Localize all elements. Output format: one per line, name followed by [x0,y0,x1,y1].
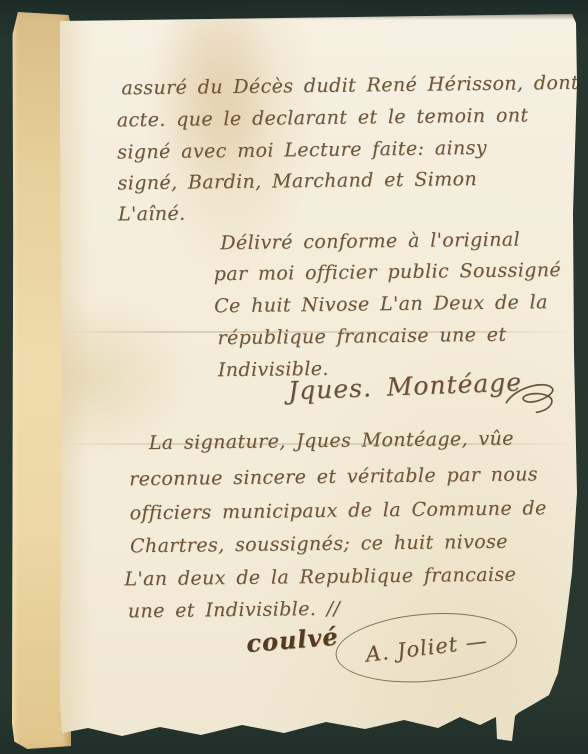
signature-left: coulvé [245,622,339,658]
manuscript-line: république francaise une et [217,324,506,350]
manuscript-line: signé avec moi Lecture faite: ainsy [117,137,487,164]
manuscript-line: signé, Bardin, Marchand et Simon [117,168,477,194]
manuscript-line: officiers municipaux de la Commune de [130,497,547,524]
manuscript-line: L'aîné. [118,203,186,226]
manuscript-line: L'an deux de la Republique francaise [124,564,516,591]
manuscript-line: reconnue sincere et véritable par nous [129,463,538,490]
manuscript-line: Délivré conforme à l'original [220,229,520,255]
signature-flourish-icon [502,372,561,419]
manuscript-text: assuré du Décès dudit René Hérisson, don… [56,10,582,745]
manuscript-page: assuré du Décès dudit René Hérisson, don… [60,13,577,742]
manuscript-line: La signature, Jques Montéage, vûe [149,428,514,454]
signature-oval: A. Joliet — [333,606,520,689]
manuscript-line: assuré du Décès dudit René Hérisson, don… [121,72,579,100]
manuscript-line: une et Indivisible. // [128,598,341,623]
photograph-background: assuré du Décès dudit René Hérisson, don… [0,0,588,754]
signature-oval-text: A. Joliet — [364,629,489,667]
manuscript-line: par moi officier public Soussigné [214,259,562,285]
manuscript-line: Ce huit Nivose L'an Deux de la [214,291,548,317]
manuscript-line: acte. que le declarant et le temoin ont [117,104,529,131]
manuscript-line: Chartres, soussignés; ce huit nivose [130,531,508,558]
